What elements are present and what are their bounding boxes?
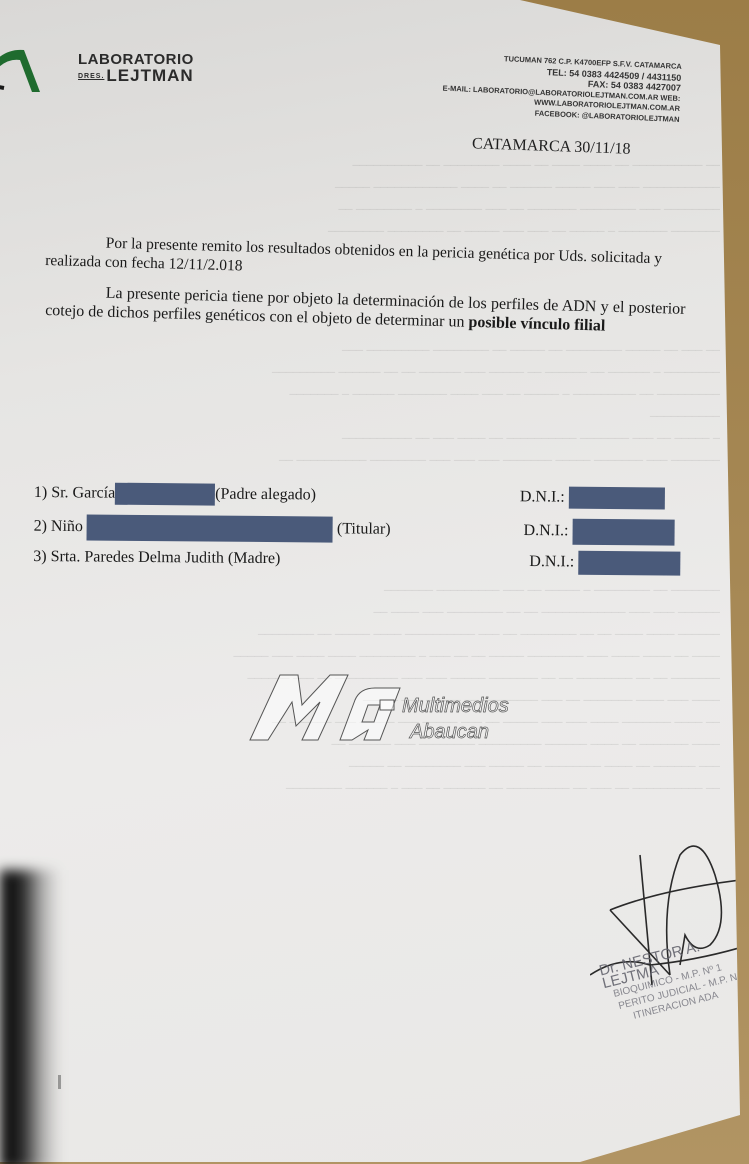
- letterhead-contact-block: TUCUMAN 762 C.P. K4700EFP S.F.V. CATAMAR…: [441, 52, 682, 125]
- brand-line-2: LEJTMAN: [106, 66, 193, 85]
- list-item: 3) Srta. Paredes Delma Judith (Madre) D.…: [33, 546, 713, 580]
- dni-redaction-box: [569, 487, 665, 510]
- finger-shadow: [0, 870, 60, 1164]
- lab-brand-name: LABORATORIO DRES.LEJTMAN: [78, 52, 194, 85]
- person-name: Srta. Paredes Delma Judith: [51, 548, 224, 567]
- dni-label: D.N.I.:: [529, 553, 574, 570]
- person-index: 1): [34, 484, 47, 501]
- paragraph-objective-bold: posible vínculo filial: [468, 314, 605, 335]
- dni-label: D.N.I.:: [520, 488, 565, 505]
- bleed-through-text: __ ___ __ _____ ________ __ _____ __ ___…: [40, 335, 720, 475]
- watermark-line-2: Abaucan: [409, 721, 489, 743]
- person-role: (Madre): [228, 550, 281, 567]
- person-name: Niño: [51, 518, 83, 535]
- dni-redaction-box: [578, 551, 680, 576]
- green-arc-logo-icon: [0, 40, 50, 100]
- multimedios-abaucan-watermark: Multimedios Abaucan: [240, 660, 540, 760]
- person-role: (Titular): [337, 520, 391, 537]
- person-name: Sr. García: [51, 484, 115, 502]
- list-item: 1) Sr. García(Padre alegado) D.N.I.:: [34, 482, 714, 516]
- dni-label: D.N.I.:: [524, 522, 569, 539]
- watermark-line-1: Multimedios: [402, 695, 509, 717]
- brand-prefix: DRES.: [78, 73, 104, 80]
- list-item: 2) Niño (Titular) D.N.I.:: [33, 514, 713, 548]
- person-index: 3): [33, 548, 46, 565]
- paragraph-objective: La presente pericia tiene por objeto la …: [45, 282, 686, 338]
- redaction-box: [115, 483, 215, 506]
- redaction-box: [87, 514, 333, 542]
- person-index: 2): [34, 518, 47, 535]
- persons-list: 1) Sr. García(Padre alegado) D.N.I.: 2) …: [33, 482, 714, 584]
- person-role: (Padre alegado): [215, 486, 316, 504]
- document-page: __ __________ __ ____ ____ __ ____ _____…: [0, 0, 740, 1162]
- dni-redaction-box: [572, 519, 674, 546]
